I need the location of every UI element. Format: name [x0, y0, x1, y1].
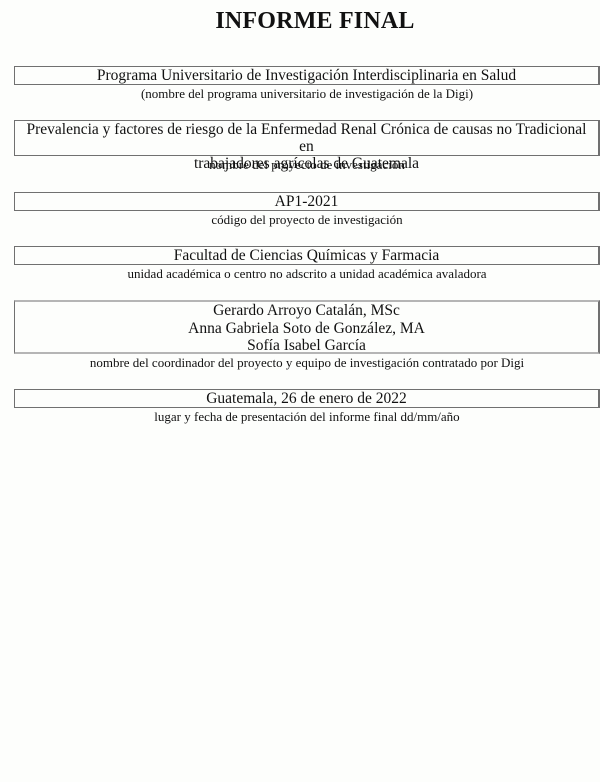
team-caption: nombre del coordinador del proyecto y eq… [14, 355, 600, 371]
place-date-field: Guatemala, 26 de enero de 2022 lugar y f… [14, 389, 600, 425]
program-value-box: Programa Universitario de Investigación … [14, 66, 600, 85]
document-title: INFORME FINAL [0, 7, 600, 35]
project-code-value: AP1-2021 [19, 193, 594, 210]
project-name-value-box: Prevalencia y factores de riesgo de la E… [14, 120, 600, 156]
project-code-field: AP1-2021 código del proyecto de investig… [14, 192, 600, 228]
place-date-caption: lugar y fecha de presentación del inform… [14, 409, 600, 425]
place-date-value: Guatemala, 26 de enero de 2022 [19, 390, 594, 407]
academic-unit-value: Facultad de Ciencias Químicas y Farmacia [19, 247, 594, 264]
program-field: Programa Universitario de Investigación … [14, 66, 600, 102]
project-code-value-box: AP1-2021 [14, 192, 600, 211]
academic-unit-caption: unidad académica o centro no adscrito a … [14, 266, 600, 282]
program-value: Programa Universitario de Investigación … [19, 67, 594, 84]
team-member-1: Gerardo Arroyo Catalán, MSc [19, 302, 594, 320]
team-field: Gerardo Arroyo Catalán, MSc Anna Gabriel… [14, 300, 600, 371]
place-date-value-box: Guatemala, 26 de enero de 2022 [14, 389, 600, 408]
project-name-caption: nombre del proyecto de investigación [14, 157, 600, 173]
team-member-2: Anna Gabriela Soto de González, MA [19, 320, 594, 338]
academic-unit-field: Facultad de Ciencias Químicas y Farmacia… [14, 246, 600, 282]
team-member-3: Sofía Isabel García [19, 337, 594, 355]
academic-unit-value-box: Facultad de Ciencias Químicas y Farmacia [14, 246, 600, 265]
project-name-value-line-1: Prevalencia y factores de riesgo de la E… [19, 121, 594, 155]
project-name-field: Prevalencia y factores de riesgo de la E… [14, 120, 600, 173]
program-caption: (nombre del programa universitario de in… [14, 86, 600, 102]
project-code-caption: código del proyecto de investigación [14, 212, 600, 228]
team-value-box: Gerardo Arroyo Catalán, MSc Anna Gabriel… [14, 300, 600, 354]
